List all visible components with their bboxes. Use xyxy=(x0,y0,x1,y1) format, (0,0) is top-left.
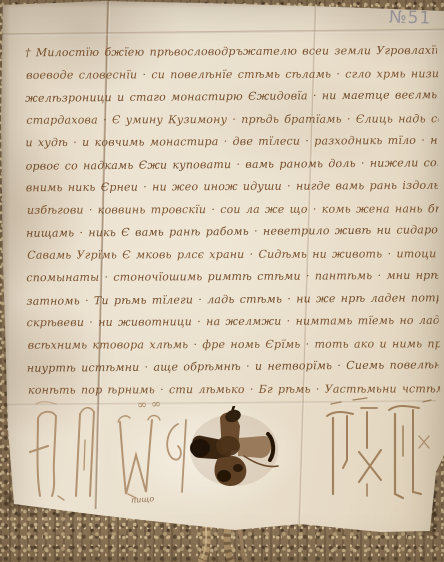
charter-text-line: и худѣ · и ковчимь монастира · две тїлес… xyxy=(25,130,437,155)
horizontal-fold-crease-top xyxy=(0,29,444,37)
photo-of-medieval-charter: №51 † Милостїю бжїею прѣвословодръжателю… xyxy=(0,0,444,562)
line-end-flourish: ∞∞ xyxy=(137,396,166,411)
charter-text-line: спомынаты · стоночїошимь римтѣ стѣми · п… xyxy=(26,265,438,290)
charter-text-line: нищамь · никь Є вамь ранѣ рабомь · невет… xyxy=(26,219,438,245)
charter-text-line: Савамь Угрїмь Є мковь рлсє храни · Сидѣм… xyxy=(27,243,439,267)
scribe-note: пищо xyxy=(131,494,155,505)
charter-text-line: воеводе словеснїи · си повелѣнїе стѣмь с… xyxy=(26,63,438,87)
charter-text-line: стардахова · Є умину Кузимону · прѣдь бр… xyxy=(26,108,438,132)
vertical-fold-crease-left xyxy=(94,1,110,509)
horizontal-fold-crease-bottom xyxy=(6,400,436,407)
charter-text-line: всѣхнимь ктовора хлѣмь · фре номь Єрїмь … xyxy=(28,333,440,357)
vertical-fold-crease-right xyxy=(298,2,317,524)
parchment-document: №51 † Милостїю бжїею прѣвословодръжателю… xyxy=(0,0,444,562)
archive-number-pencil-mark: №51 xyxy=(389,7,432,28)
signature-right-monogram xyxy=(323,396,435,502)
charter-text-line: орвоє со надкамь Єжи куповати · вамь ран… xyxy=(26,152,438,178)
signature-left-monogram xyxy=(28,400,193,502)
charter-text-line: избѣгови · коввинь тровскїи · сои ла же … xyxy=(27,198,439,222)
charter-text-line: конѣть пор ѣрнимь · сти лѣмько · Бг рѣмь… xyxy=(28,378,440,402)
charter-text-line: желѣзроници и стаго монастирю Єжидовїа ·… xyxy=(25,84,437,110)
charter-text-line: скрѣвеви · ни животници · на желмжи · ни… xyxy=(27,310,439,335)
wax-cross-seal xyxy=(186,406,282,494)
charter-text-line: † Милостїю бжїею прѣвословодръжателю все… xyxy=(25,40,437,65)
charter-text-line: внимь никь Єрнеи · ни жео инож идуши · н… xyxy=(26,175,438,200)
charter-text-line: затномь · Ти рѣмь тїлеги · ладь стѣмь · … xyxy=(26,287,438,313)
charter-text-block: † Милостїю бжїею прѣвословодръжателю все… xyxy=(25,40,439,403)
charter-text-line: ниуртѣ истѣмни · аще обрѣмнѣ · и нетворї… xyxy=(27,354,439,380)
